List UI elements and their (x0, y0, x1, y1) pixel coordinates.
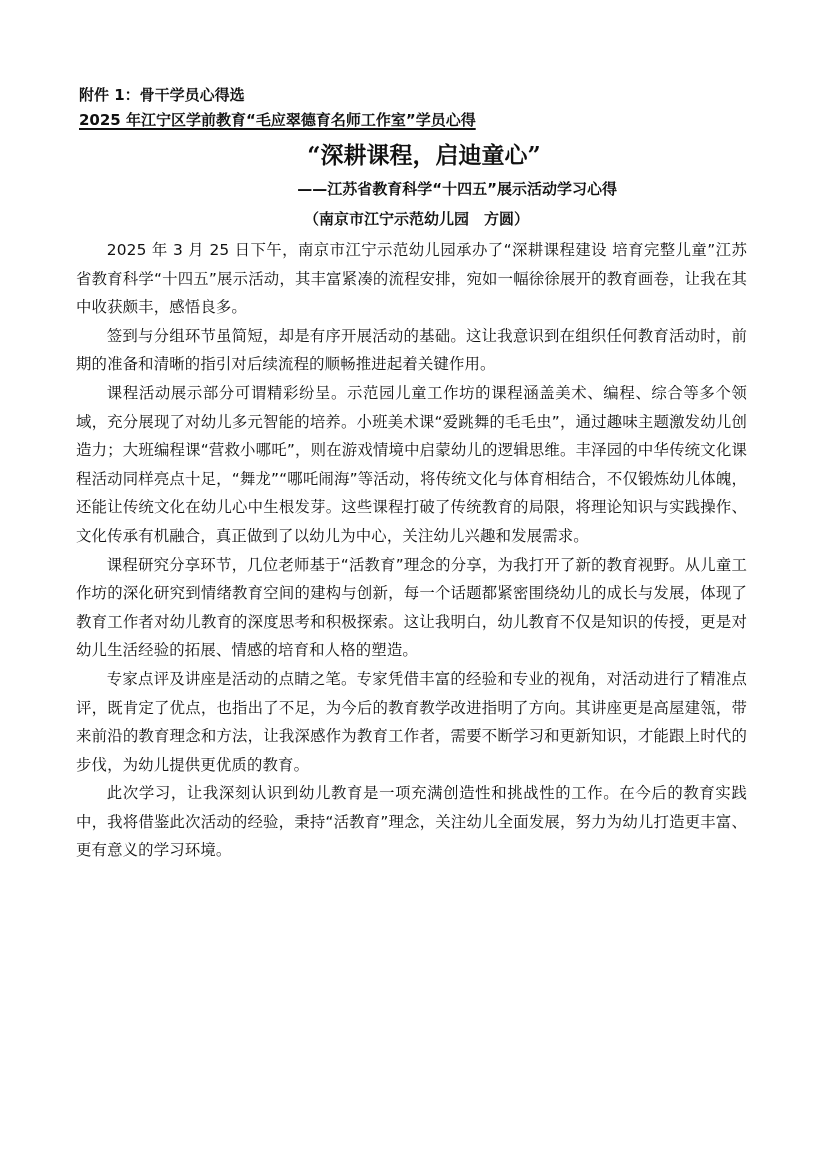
author-line: （南京市江宁示范幼儿园 方圆） (79, 204, 747, 234)
document-title: “深耕课程，启迪童心” (79, 138, 747, 174)
body-paragraph: 课程研究分享环节，几位老师基于“活教育”理念的分享，为我打开了新的教育视野。从儿… (76, 551, 747, 665)
body-paragraph: 此次学习，让我深刻认识到幼儿教育是一项充满创造性和挑战性的工作。在今后的教育实践… (76, 779, 747, 865)
document-page: 附件 1：骨干学员心得选 2025 年江宁区学前教育“毛应翠德育名师工作室”学员… (79, 84, 747, 865)
body-paragraph: 2025 年 3 月 25 日下午，南京市江宁示范幼儿园承办了“深耕课程建设 培… (76, 236, 747, 322)
subject-line: 2025 年江宁区学前教育“毛应翠德育名师工作室”学员心得 (79, 109, 747, 133)
body-paragraph: 课程活动展示部分可谓精彩纷呈。示范园儿童工作坊的课程涵盖美术、编程、综合等多个领… (76, 379, 747, 551)
body-paragraph: 签到与分组环节虽简短，却是有序开展活动的基础。这让我意识到在组织任何教育活动时，… (76, 322, 747, 379)
attachment-label: 附件 1：骨干学员心得选 (79, 84, 747, 106)
document-subtitle: ——江苏省教育科学“十四五”展示活动学习心得 (79, 174, 747, 204)
body-paragraph: 专家点评及讲座是活动的点睛之笔。专家凭借丰富的经验和专业的视角，对活动进行了精准… (76, 665, 747, 779)
